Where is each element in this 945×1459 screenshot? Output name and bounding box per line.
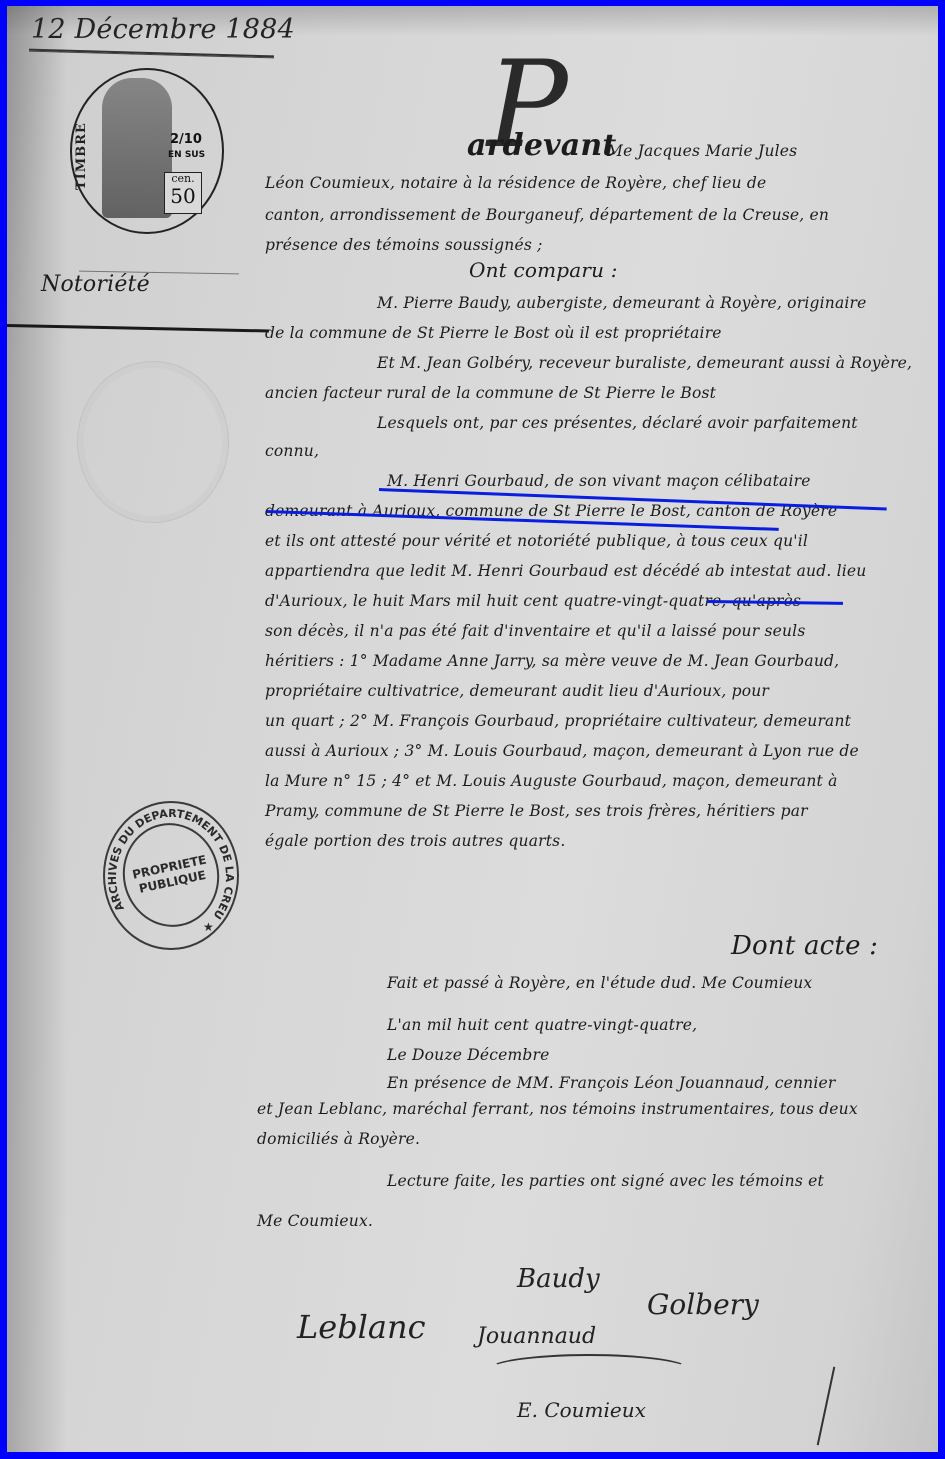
text-line: Me Jacques Marie Jules	[607, 142, 797, 160]
justice-figure-icon	[102, 78, 172, 218]
text-line: et ils ont attesté pour vérité et notori…	[265, 532, 808, 550]
closing-line: Lecture faite, les parties ont signé ave…	[387, 1172, 824, 1190]
document-page: 12 Décembre 1884 TIMBRE 2/10 EN SUS cen.…	[7, 6, 938, 1452]
closing-line: Fait et passé à Royère, en l'étude dud. …	[387, 974, 812, 992]
text-line: aussi à Aurioux ; 3° M. Louis Gourbaud, …	[265, 742, 859, 760]
stamp-value: 50	[165, 185, 201, 207]
closing-line: L'an mil huit cent quatre-vingt-quatre,	[387, 1016, 697, 1034]
text-line: Et M. Jean Golbéry, receveur buraliste, …	[377, 354, 912, 372]
stamp-ensus: EN SUS	[168, 150, 205, 160]
revenue-stamp: TIMBRE 2/10 EN SUS cen. 50	[70, 68, 224, 234]
svg-text:★: ★	[203, 920, 214, 934]
closing-line: et Jean Leblanc, maréchal ferrant, nos t…	[257, 1100, 858, 1118]
margin-title: Notoriété	[41, 272, 150, 297]
text-line: la Mure n° 15 ; 4° et M. Louis Auguste G…	[265, 772, 838, 790]
text-line: un quart ; 2° M. François Gourbaud, prop…	[265, 712, 851, 730]
signature-golbery: Golbery	[647, 1288, 759, 1321]
text-line: ancien facteur rural de la commune de St…	[265, 384, 716, 402]
signature-leblanc: Leblanc	[297, 1308, 426, 1346]
closing-line: En présence de MM. François Léon Jouanna…	[387, 1074, 835, 1092]
margin-divider	[7, 324, 269, 332]
closing-line: Me Coumieux.	[257, 1212, 373, 1230]
text-line: appartiendra que ledit M. Henri Gourbaud…	[265, 562, 866, 580]
archive-stamp: ARCHIVES DU DEPARTEMENT DE LA CREUSE ★ P…	[103, 801, 239, 950]
text-line: égale portion des trois autres quarts.	[265, 832, 565, 850]
stamp-value-box: cen. 50	[164, 172, 202, 214]
stamp-fraction: 2/10	[170, 132, 202, 147]
date-underline	[29, 49, 274, 59]
text-line: canton, arrondissement de Bourganeuf, dé…	[265, 206, 829, 224]
signature-jouannaud: Jouannaud	[477, 1324, 596, 1349]
text-line: présence des témoins soussignés ;	[265, 236, 543, 254]
text-line: Lesquels ont, par ces présentes, déclaré…	[377, 414, 858, 432]
stamp-label: TIMBRE	[74, 122, 89, 190]
text-line: Pramy, commune de St Pierre le Bost, ses…	[265, 802, 808, 820]
section-heading: Ont comparu :	[469, 258, 618, 282]
closing-line: Le Douze Décembre	[387, 1046, 549, 1064]
closing-bracket-stroke	[817, 1367, 836, 1446]
text-line: connu,	[265, 442, 319, 460]
text-line: Léon Coumieux, notaire à la résidence de…	[265, 174, 766, 192]
signature-flourish	[487, 1354, 691, 1386]
signature-notary: E. Coumieux	[517, 1398, 646, 1422]
text-line: son décès, il n'a pas été fait d'inventa…	[265, 622, 805, 640]
date-header: 12 Décembre 1884	[31, 14, 295, 45]
closing-heading: Dont acte :	[731, 931, 878, 961]
closing-line: domiciliés à Royère.	[257, 1130, 420, 1148]
embossed-seal	[77, 361, 229, 523]
signature-baudy: Baudy	[517, 1264, 600, 1294]
text-line: de la commune de St Pierre le Bost où il…	[265, 324, 722, 342]
text-line: M. Henri Gourbaud, de son vivant maçon c…	[387, 472, 811, 490]
text-line: propriétaire cultivatrice, demeurant aud…	[265, 682, 769, 700]
text-line: M. Pierre Baudy, aubergiste, demeurant à…	[377, 294, 867, 312]
text-line: héritiers : 1° Madame Anne Jarry, sa mèr…	[265, 652, 839, 670]
opening-word: ardevant	[467, 128, 616, 163]
